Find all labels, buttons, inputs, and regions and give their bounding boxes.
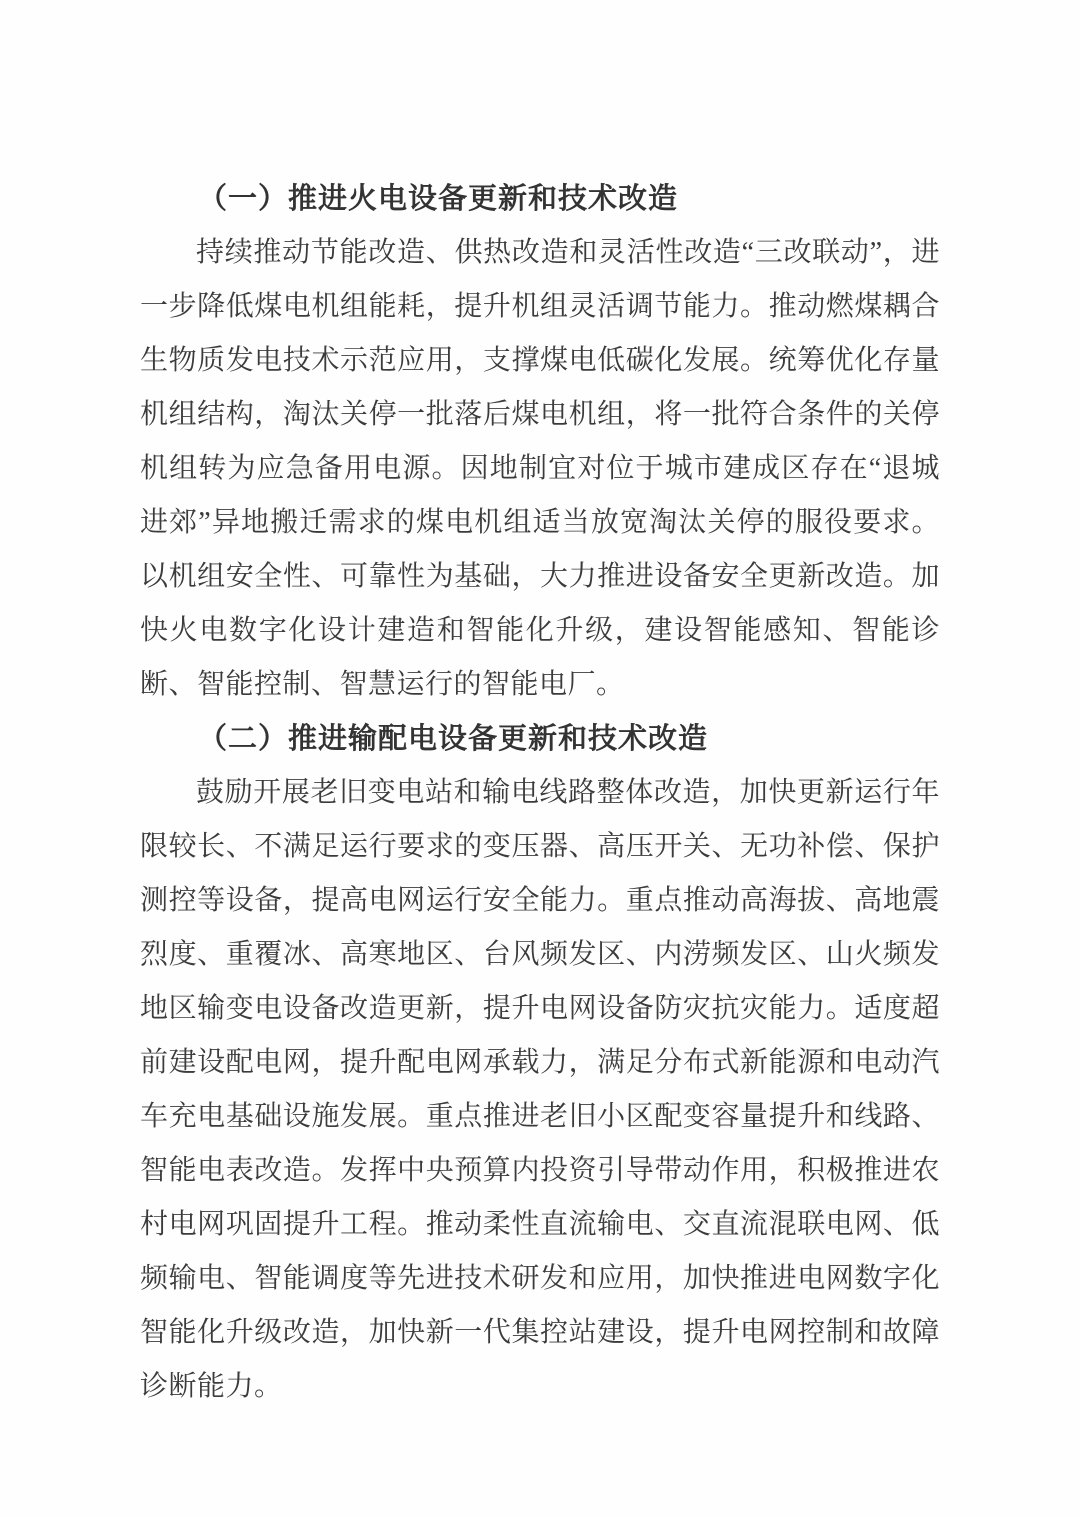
section-1-heading: （一）推进火电设备更新和技术改造 (140, 172, 940, 226)
section-power-transmission: （二）推进输配电设备更新和技术改造 鼓励开展老旧变电站和输电线路整体改造，加快更… (140, 712, 940, 1414)
section-2-body: 鼓励开展老旧变电站和输电线路整体改造，加快更新运行年限较长、不满足运行要求的变压… (140, 766, 940, 1414)
section-thermal-power: （一）推进火电设备更新和技术改造 持续推动节能改造、供热改造和灵活性改造“三改联… (140, 172, 940, 712)
section-1-body: 持续推动节能改造、供热改造和灵活性改造“三改联动”，进一步降低煤电机组能耗，提升… (140, 226, 940, 712)
section-2-heading: （二）推进输配电设备更新和技术改造 (140, 712, 940, 766)
document-page: （一）推进火电设备更新和技术改造 持续推动节能改造、供热改造和灵活性改造“三改联… (0, 0, 1080, 1518)
